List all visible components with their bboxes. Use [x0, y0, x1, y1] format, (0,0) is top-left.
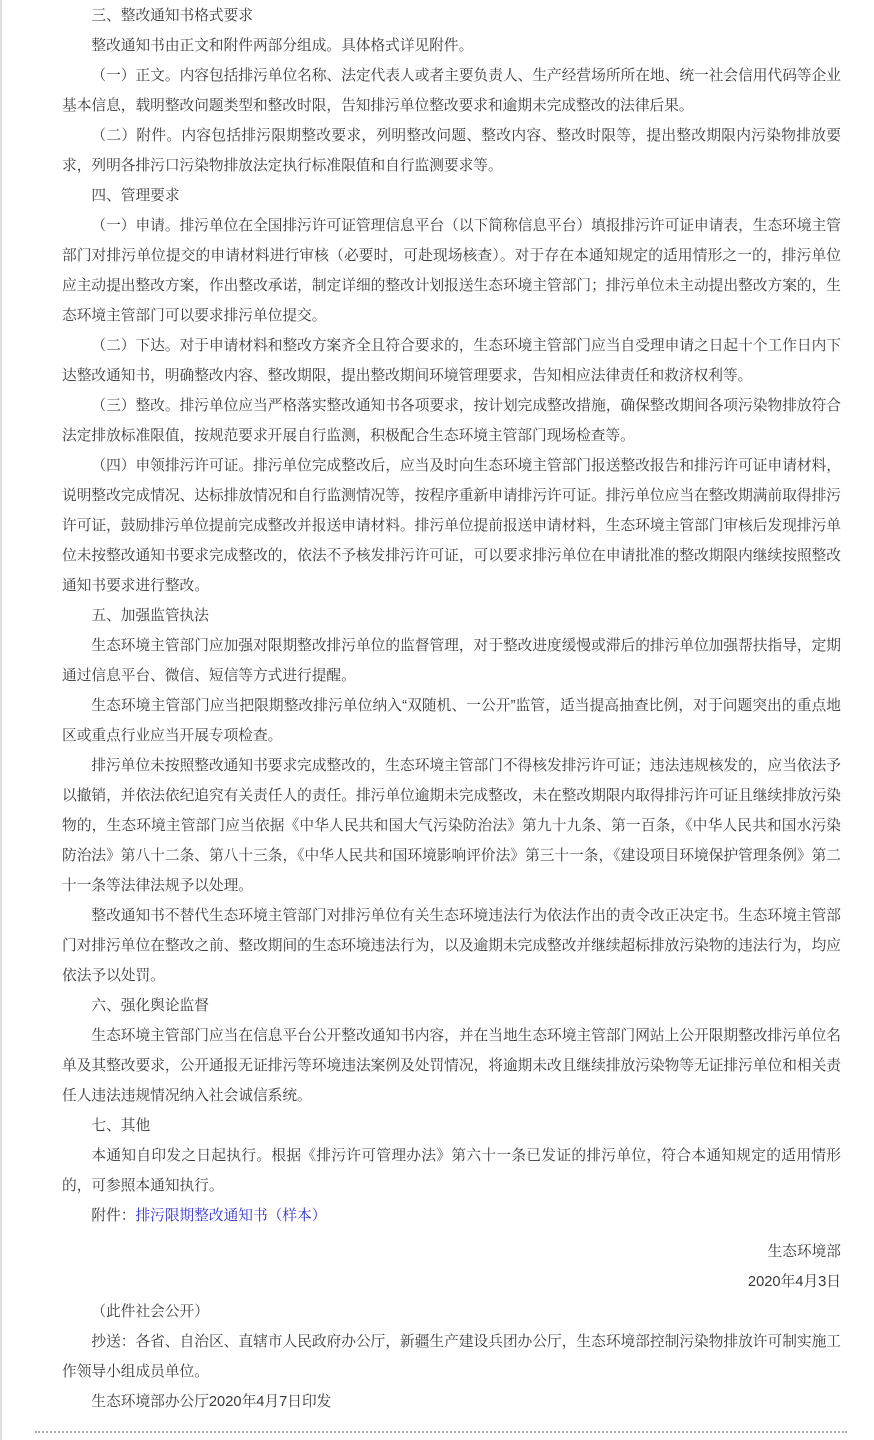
paragraph: 生态环境主管部门应当在信息平台公开整改通知书内容，并在当地生态环境主管部门网站上…	[62, 1021, 841, 1111]
cc-line: 抄送：各省、自治区、直辖市人民政府办公厅，新疆生产建设兵团办公厅，生态环境部控制…	[62, 1327, 841, 1387]
signature-agency: 生态环境部	[62, 1237, 841, 1267]
section-heading: 七、其他	[62, 1111, 841, 1141]
paragraph: 排污单位未按照整改通知书要求完成整改的，生态环境主管部门不得核发排污许可证；违法…	[62, 751, 841, 901]
section-heading: 三、整改通知书格式要求	[62, 1, 841, 31]
attachment-line: 附件：排污限期整改通知书（样本）	[62, 1201, 841, 1231]
attachment-sample-link[interactable]: 排污限期整改通知书（样本）	[135, 1208, 326, 1224]
paragraph: （一）申请。排污单位在全国排污许可证管理信息平台（以下简称信息平台）填报排污许可…	[62, 211, 841, 331]
paragraph: 生态环境主管部门应当把限期整改排污单位纳入“双随机、一公开”监管，适当提高抽查比…	[62, 691, 841, 751]
section-heading: 六、强化舆论监督	[62, 991, 841, 1021]
document-page: 三、整改通知书格式要求 整改通知书由正文和附件两部分组成。具体格式详见附件。 （…	[0, 0, 874, 1440]
paragraph: （二）附件。内容包括排污限期整改要求，列明整改问题、整改内容、整改时限等，提出整…	[62, 121, 841, 181]
paragraph: 本通知自印发之日起执行。根据《排污许可管理办法》第六十一条已发证的排污单位，符合…	[62, 1141, 841, 1201]
issue-line: 生态环境部办公厅2020年4月7日印发	[62, 1387, 841, 1417]
signature-date: 2020年4月3日	[62, 1267, 841, 1297]
dotted-separator	[35, 1431, 847, 1433]
paragraph: 整改通知书由正文和附件两部分组成。具体格式详见附件。	[62, 31, 841, 61]
paragraph: 整改通知书不替代生态环境主管部门对排污单位有关生态环境违法行为依法作出的责令改正…	[62, 901, 841, 991]
paragraph: （一）正文。内容包括排污单位名称、法定代表人或者主要负责人、生产经营场所所在地、…	[62, 61, 841, 121]
paragraph: （四）申领排污许可证。排污单位完成整改后，应当及时向生态环境主管部门报送整改报告…	[62, 451, 841, 601]
attachment-label: 附件：	[91, 1208, 135, 1224]
paragraph: （三）整改。排污单位应当严格落实整改通知书各项要求，按计划完成整改措施，确保整改…	[62, 391, 841, 451]
paragraph: （二）下达。对于申请材料和整改方案齐全且符合要求的，生态环境主管部门应当自受理申…	[62, 331, 841, 391]
public-disclosure-note: （此件社会公开）	[62, 1297, 841, 1327]
paragraph: 生态环境主管部门应加强对限期整改排污单位的监督管理，对于整改进度缓慢或滞后的排污…	[62, 631, 841, 691]
section-heading: 四、管理要求	[62, 181, 841, 211]
section-heading: 五、加强监管执法	[62, 601, 841, 631]
